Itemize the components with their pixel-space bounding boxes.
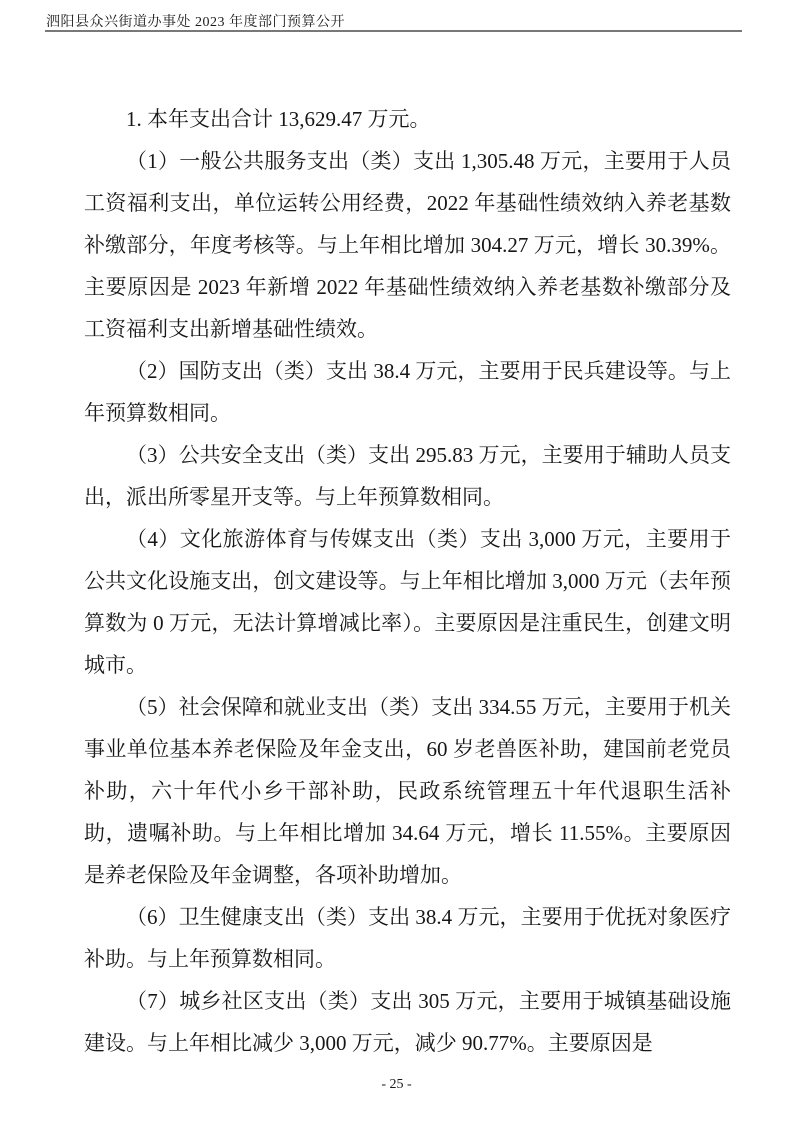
header-divider [45, 30, 742, 32]
document-body: 1. 本年支出合计 13,629.47 万元。 （1）一般公共服务支出（类）支出… [84, 98, 731, 1064]
paragraph-national-defense: （2）国防支出（类）支出 38.4 万元，主要用于民兵建设等。与上年预算数相同。 [84, 350, 731, 434]
paragraph-total-expenditure: 1. 本年支出合计 13,629.47 万元。 [84, 98, 731, 140]
paragraph-public-security: （3）公共安全支出（类）支出 295.83 万元，主要用于辅助人员支出，派出所零… [84, 434, 731, 518]
paragraph-culture-tourism-sports-media: （4）文化旅游体育与传媒支出（类）支出 3,000 万元，主要用于公共文化设施支… [84, 518, 731, 686]
document-page: 泗阳县众兴街道办事处 2023 年度部门预算公开 1. 本年支出合计 13,62… [0, 0, 793, 1122]
paragraph-social-security-employment: （5）社会保障和就业支出（类）支出 334.55 万元，主要用于机关事业单位基本… [84, 686, 731, 896]
paragraph-health: （6）卫生健康支出（类）支出 38.4 万元，主要用于优抚对象医疗补助。与上年预… [84, 896, 731, 980]
paragraph-general-public-services: （1）一般公共服务支出（类）支出 1,305.48 万元，主要用于人员工资福利支… [84, 140, 731, 350]
paragraph-urban-rural-community: （7）城乡社区支出（类）支出 305 万元，主要用于城镇基础设施建设。与上年相比… [84, 980, 731, 1064]
page-footer: - 25 - [0, 1077, 793, 1093]
page-number: - 25 - [381, 1077, 411, 1092]
document-header-title: 泗阳县众兴街道办事处 2023 年度部门预算公开 [46, 11, 345, 31]
